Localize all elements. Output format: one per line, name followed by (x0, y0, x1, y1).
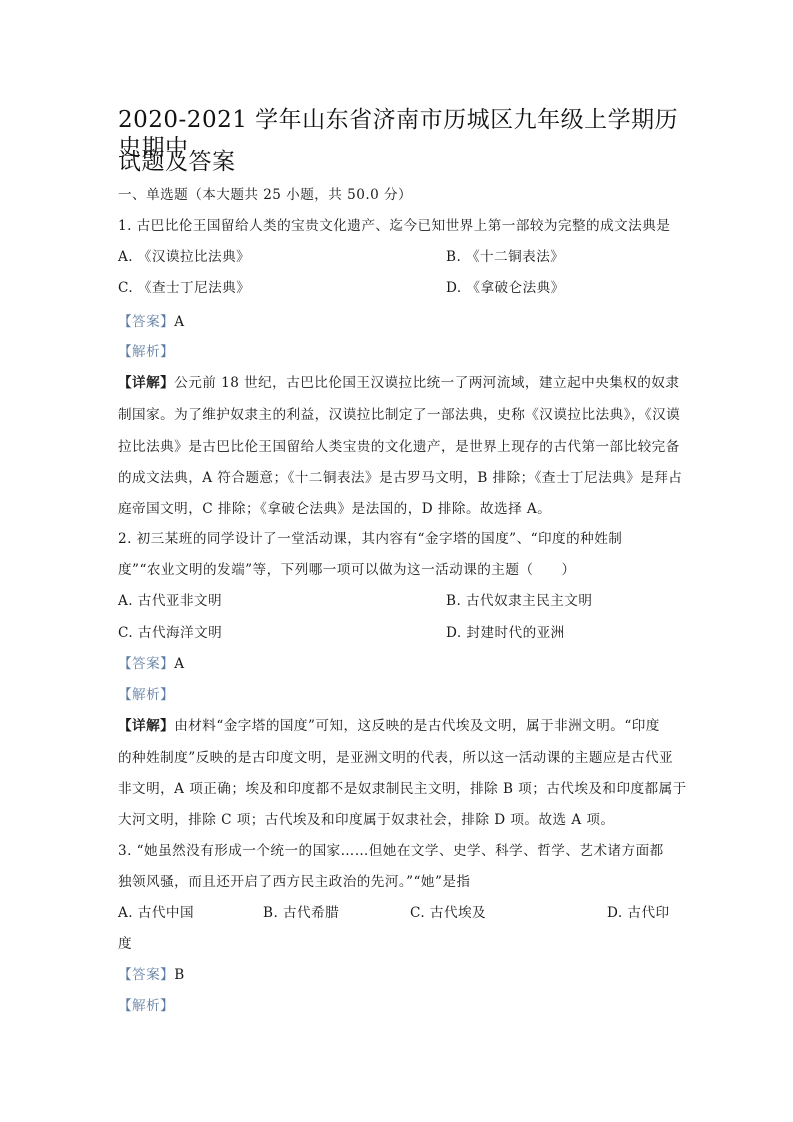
q2-option-b: B. 古代奴隶主民主文明 (446, 592, 592, 610)
q3-stem-line-2: 独领风骚，而且还开启了西方民主政治的先河。”“她”是指 (118, 873, 470, 891)
answer-value: B (174, 967, 184, 983)
detail-label: 【详解】 (118, 375, 174, 391)
answer-label: 【答案】 (118, 656, 174, 672)
q1-detail-line-4: 的成文法典，A 符合题意；《十二铜表法》是古罗马文明，B 排除；《查士丁尼法典》… (118, 469, 682, 487)
q1-answer: 【答案】A (118, 313, 184, 331)
q2-stem-line-1: 2. 初三某班的同学设计了一堂活动课，其内容有“金字塔的国度”、“印度的种姓制 (118, 530, 622, 548)
q3-option-d-wrap: 度 (118, 935, 132, 953)
section-heading: 一、单选题（本大题共 25 小题，共 50.0 分） (118, 186, 412, 204)
q1-option-c: C. 《查士丁尼法典》 (118, 279, 250, 297)
detail-text: 由材料“金字塔的国度”可知，这反映的是古代埃及文明，属于非洲文明。“印度 (174, 718, 660, 734)
q2-option-a: A. 古代亚非文明 (118, 592, 222, 610)
q1-option-a: A. 《汉谟拉比法典》 (118, 248, 250, 266)
q3-option-d: D. 古代印 (607, 904, 670, 922)
q3-option-b: B. 古代希腊 (263, 904, 339, 922)
q2-detail-line-1: 【详解】由材料“金字塔的国度”可知，这反映的是古代埃及文明，属于非洲文明。“印度 (118, 717, 660, 735)
answer-label: 【答案】 (118, 967, 174, 983)
q1-option-d: D. 《拿破仑法典》 (446, 279, 565, 297)
q3-answer: 【答案】B (118, 966, 185, 984)
answer-value: A (174, 314, 184, 330)
q3-stem-line-1: 3. “她虽然没有形成一个统一的国家……但她在文学、史学、科学、哲学、艺术诸方面… (118, 842, 664, 860)
q2-detail-line-4: 大河文明，排除 C 项；古代埃及和印度属于奴隶社会，排除 D 项。故选 A 项。 (118, 811, 614, 829)
document-title-line-2: 试题及答案 (118, 148, 688, 176)
q2-option-d: D. 封建时代的亚洲 (446, 624, 565, 642)
q1-detail-line-3: 拉比法典》是古巴比伦王国留给人类宝贵的文化遗产，是世界上现存的古代第一部比较完备 (118, 438, 680, 456)
q1-analysis-label: 【解析】 (118, 343, 174, 361)
q3-option-a: A. 古代中国 (118, 904, 194, 922)
q2-detail-line-2: 的种姓制度”反映的是古印度文明，是亚洲文明的代表，所以这一活动课的主题应是古代亚 (118, 749, 673, 767)
q1-option-b: B. 《十二铜表法》 (446, 248, 564, 266)
q2-option-c: C. 古代海洋文明 (118, 624, 222, 642)
q2-analysis-label: 【解析】 (118, 686, 174, 704)
q3-analysis-label: 【解析】 (118, 997, 174, 1015)
detail-text: 公元前 18 世纪，古巴比伦国王汉谟拉比统一了两河流域，建立起中央集权的奴隶 (174, 375, 679, 391)
answer-value: A (174, 656, 184, 672)
q2-answer: 【答案】A (118, 655, 184, 673)
q1-stem: 1. 古巴比伦王国留给人类的宝贵文化遗产、迄今已知世界上第一部较为完整的成文法典… (118, 217, 670, 235)
q2-stem-line-2: 度”“农业文明的发端”等，下列哪一项可以做为这一活动课的主题（ ） (118, 561, 576, 579)
q1-detail-line-5: 庭帝国文明，C 排除；《拿破仑法典》是法国的，D 排除。故选择 A。 (118, 500, 551, 518)
answer-label: 【答案】 (118, 314, 174, 330)
q1-detail-line-2: 制国家。为了维护奴隶主的利益，汉谟拉比制定了一部法典，史称《汉谟拉比法典》，《汉… (118, 406, 680, 424)
q3-option-c: C. 古代埃及 (410, 904, 486, 922)
q2-detail-line-3: 非文明，A 项正确；埃及和印度都不是奴隶制民主文明，排除 B 项；古代埃及和印度… (118, 780, 687, 798)
q1-detail-line-1: 【详解】公元前 18 世纪，古巴比伦国王汉谟拉比统一了两河流域，建立起中央集权的… (118, 374, 679, 392)
detail-label: 【详解】 (118, 718, 174, 734)
